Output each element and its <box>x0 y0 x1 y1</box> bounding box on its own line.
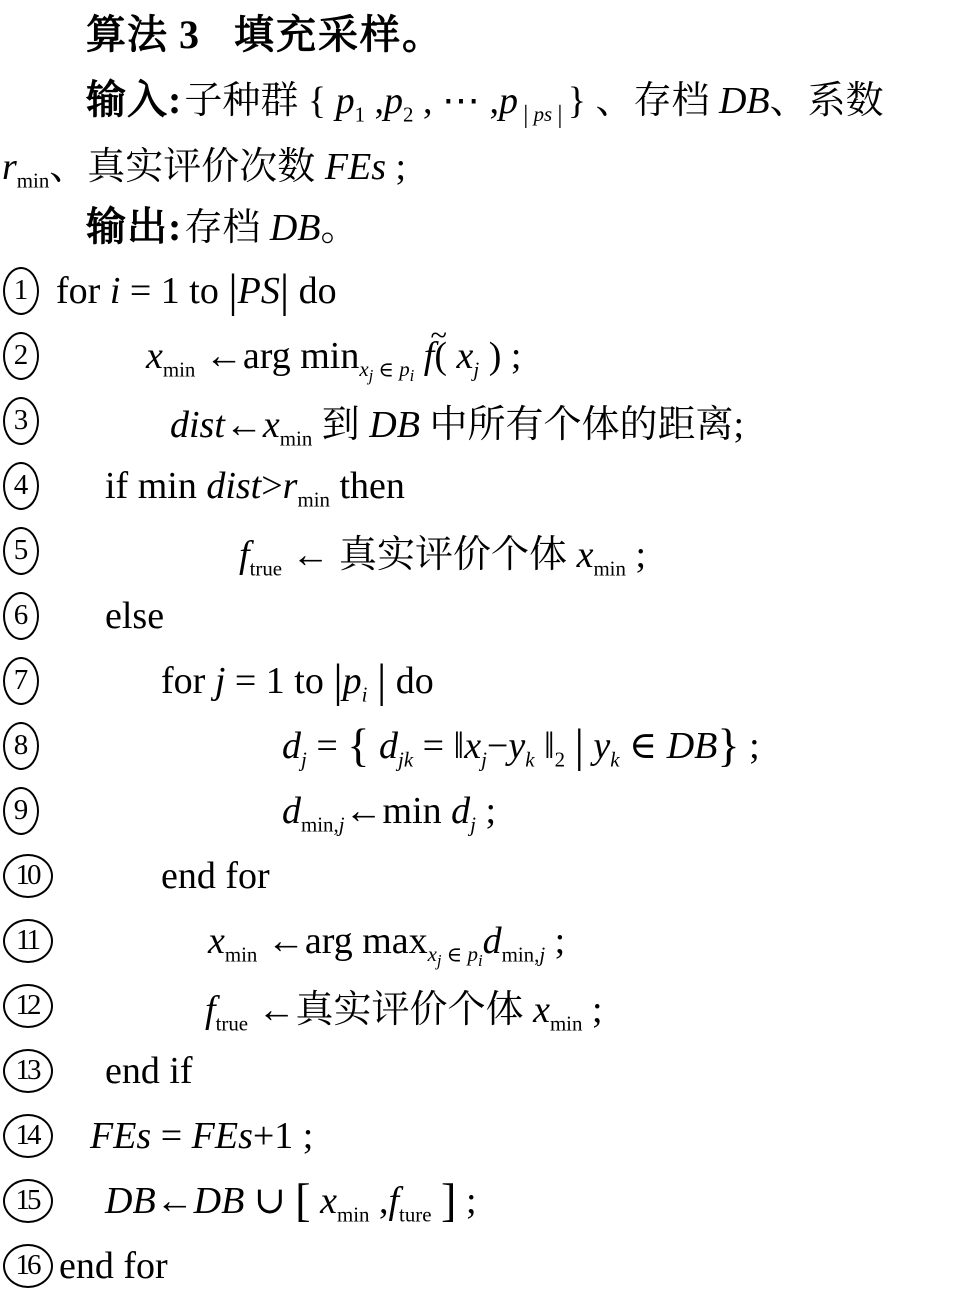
step-content: xmin ←arg maxxj ∈ pidmin,j ; <box>208 919 565 963</box>
input-label: 输入: <box>86 68 182 125</box>
algorithm-steps: 1for i = 1 to |PS| do2xmin ←arg minxj ∈ … <box>0 258 960 1296</box>
step-content: ftrue ← 真实评价个体 xmin ; <box>239 523 646 578</box>
step-number-icon: 10 <box>3 854 53 898</box>
step-number-icon: 11 <box>3 919 53 963</box>
output-label: 输出: <box>86 195 182 252</box>
step-content: xmin ←arg minxj ∈ pi ~f( xj ) ; <box>146 334 521 378</box>
algorithm-step-8: 8dj = { djk = ‖xj−yk ‖2 | yk ∈ DB} ; <box>0 713 960 778</box>
step-number-icon: 4 <box>3 462 39 510</box>
step-number-icon: 12 <box>3 984 53 1028</box>
algorithm-input-continuation: rmin、真实评价次数 FEs ; <box>0 132 960 192</box>
step-content: for j = 1 to |pi | do <box>161 659 434 703</box>
algorithm-input: 输入: 子种群 { p1 ,p2 , ⋯ ,p | ps | } 、存档 DB、… <box>0 60 960 132</box>
step-content: DB←DB ∪ [ xmin ,fture ] ; <box>105 1178 477 1223</box>
algorithm-title: 算法 3 填充采样。 <box>0 2 960 60</box>
algorithm-step-4: 4if min dist>rmin then <box>0 453 960 518</box>
algorithm-step-9: 9dmin,j←min dj ; <box>0 778 960 843</box>
algorithm-step-3: 3dist←xmin 到 DB 中所有个体的距离; <box>0 388 960 453</box>
step-number-icon: 16 <box>3 1244 53 1288</box>
algorithm-step-1: 1for i = 1 to |PS| do <box>0 258 960 323</box>
step-content: for i = 1 to |PS| do <box>56 269 337 313</box>
step-number-icon: 1 <box>3 267 39 315</box>
algorithm-step-16: 16end for <box>0 1233 960 1296</box>
algorithm-step-6: 6else <box>0 583 960 648</box>
step-number-icon: 14 <box>3 1114 53 1158</box>
input-continuation-text: rmin、真实评价次数 FEs ; <box>2 135 406 190</box>
algorithm-title-text: 填充采样。 <box>234 3 444 60</box>
algorithm-step-10: 10end for <box>0 843 960 908</box>
step-number-icon: 13 <box>3 1049 53 1093</box>
step-number-icon: 7 <box>3 657 39 705</box>
algorithm-title-label: 算法 3 <box>86 3 200 60</box>
algorithm-step-13: 13end if <box>0 1038 960 1103</box>
step-content: ftrue ←真实评价个体 xmin ; <box>205 978 603 1033</box>
step-content: end if <box>105 1049 193 1093</box>
step-content: FEs = FEs+1 ; <box>90 1114 313 1158</box>
step-number-icon: 5 <box>3 527 39 575</box>
step-number-icon: 6 <box>3 592 39 640</box>
step-content: end for <box>161 854 270 898</box>
algorithm-step-15: 15DB←DB ∪ [ xmin ,fture ] ; <box>0 1168 960 1233</box>
algorithm-step-14: 14FEs = FEs+1 ; <box>0 1103 960 1168</box>
algorithm-step-5: 5ftrue ← 真实评价个体 xmin ; <box>0 518 960 583</box>
step-number-icon: 8 <box>3 722 39 770</box>
algorithm-document: 算法 3 填充采样。 输入: 子种群 { p1 ,p2 , ⋯ ,p | ps … <box>0 2 960 1296</box>
algorithm-step-2: 2xmin ←arg minxj ∈ pi ~f( xj ) ; <box>0 323 960 388</box>
step-number-icon: 3 <box>3 397 39 445</box>
input-text: 子种群 { p1 ,p2 , ⋯ ,p | ps | } 、存档 DB、系数 <box>184 69 883 124</box>
step-content: dist←xmin 到 DB 中所有个体的距离; <box>170 393 744 448</box>
algorithm-step-11: 11xmin ←arg maxxj ∈ pidmin,j ; <box>0 908 960 973</box>
step-number-icon: 2 <box>3 332 39 380</box>
step-content: else <box>105 594 164 638</box>
algorithm-output: 输出: 存档 DB。 <box>0 192 960 254</box>
step-content: if min dist>rmin then <box>105 464 405 508</box>
step-content: dj = { djk = ‖xj−yk ‖2 | yk ∈ DB} ; <box>282 723 760 768</box>
step-number-icon: 9 <box>3 787 39 835</box>
step-number-icon: 15 <box>3 1179 53 1223</box>
step-content: end for <box>59 1244 168 1288</box>
algorithm-step-12: 12ftrue ←真实评价个体 xmin ; <box>0 973 960 1038</box>
output-text: 存档 DB。 <box>184 196 358 251</box>
step-content: dmin,j←min dj ; <box>282 789 496 833</box>
algorithm-step-7: 7for j = 1 to |pi | do <box>0 648 960 713</box>
